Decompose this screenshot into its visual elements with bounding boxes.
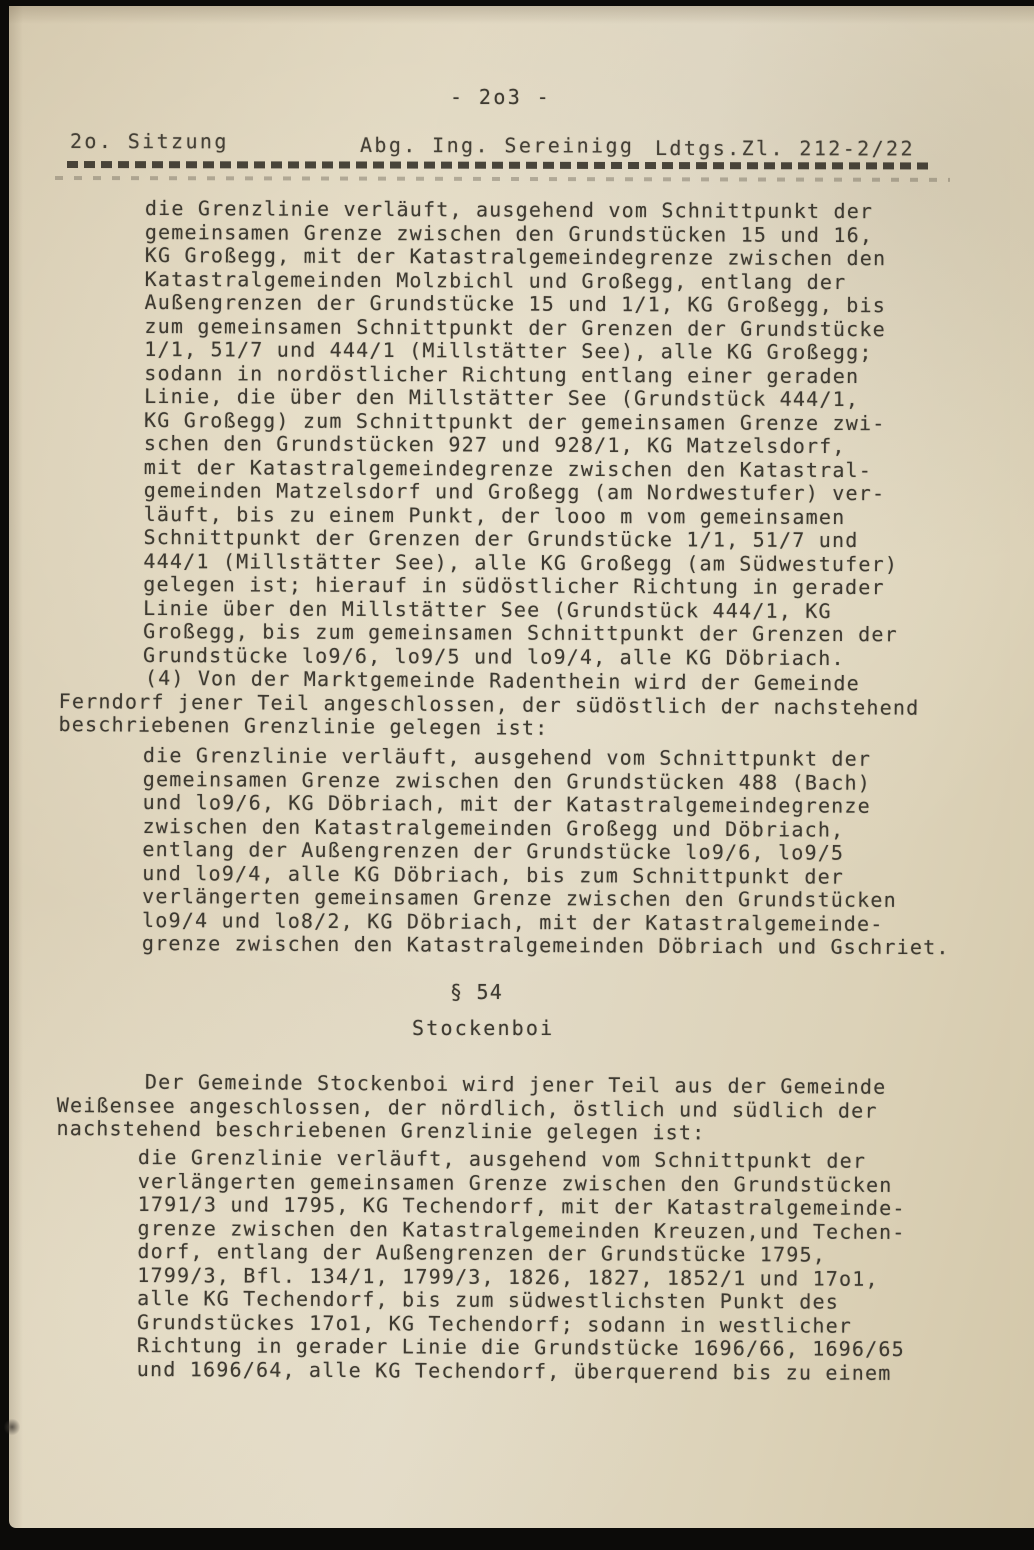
header-session-label: 2o. Sitzung [70, 130, 229, 154]
paragraph-stockenboi-intro: Der Gemeinde Stockenboi wird jener Teil … [57, 1070, 887, 1146]
boundary-description-paragraph-2: die Grenzlinie verläuft, ausgehend vom S… [142, 744, 951, 960]
section-title: Stockenboi [412, 1017, 554, 1041]
section-mark: § 54 [450, 981, 503, 1005]
boundary-description-paragraph-3: die Grenzlinie verläuft, ausgehend vom S… [137, 1146, 906, 1385]
scanned-page: { "colors": { "paper": "#ddd3bc", "ink":… [0, 0, 1034, 1550]
paragraph-4: (4) Von der Marktgemeinde Radenthein wir… [58, 666, 919, 743]
header-file-reference: Ldtgs.Zl. 212-2/22 [655, 137, 915, 161]
page-number: - 2o3 - [450, 86, 551, 110]
header-dashed-rule [67, 161, 933, 170]
paper-sheet: - 2o3 - 2o. Sitzung Abg. Ing. Sereinigg … [9, 6, 1034, 1528]
header-speaker-name: Abg. Ing. Sereinigg [360, 134, 634, 158]
boundary-description-paragraph-1: die Grenzlinie verläuft, ausgehend vom S… [143, 197, 900, 670]
header-dashed-rule-ghost [55, 176, 950, 182]
scan-smudge [4, 1418, 20, 1436]
